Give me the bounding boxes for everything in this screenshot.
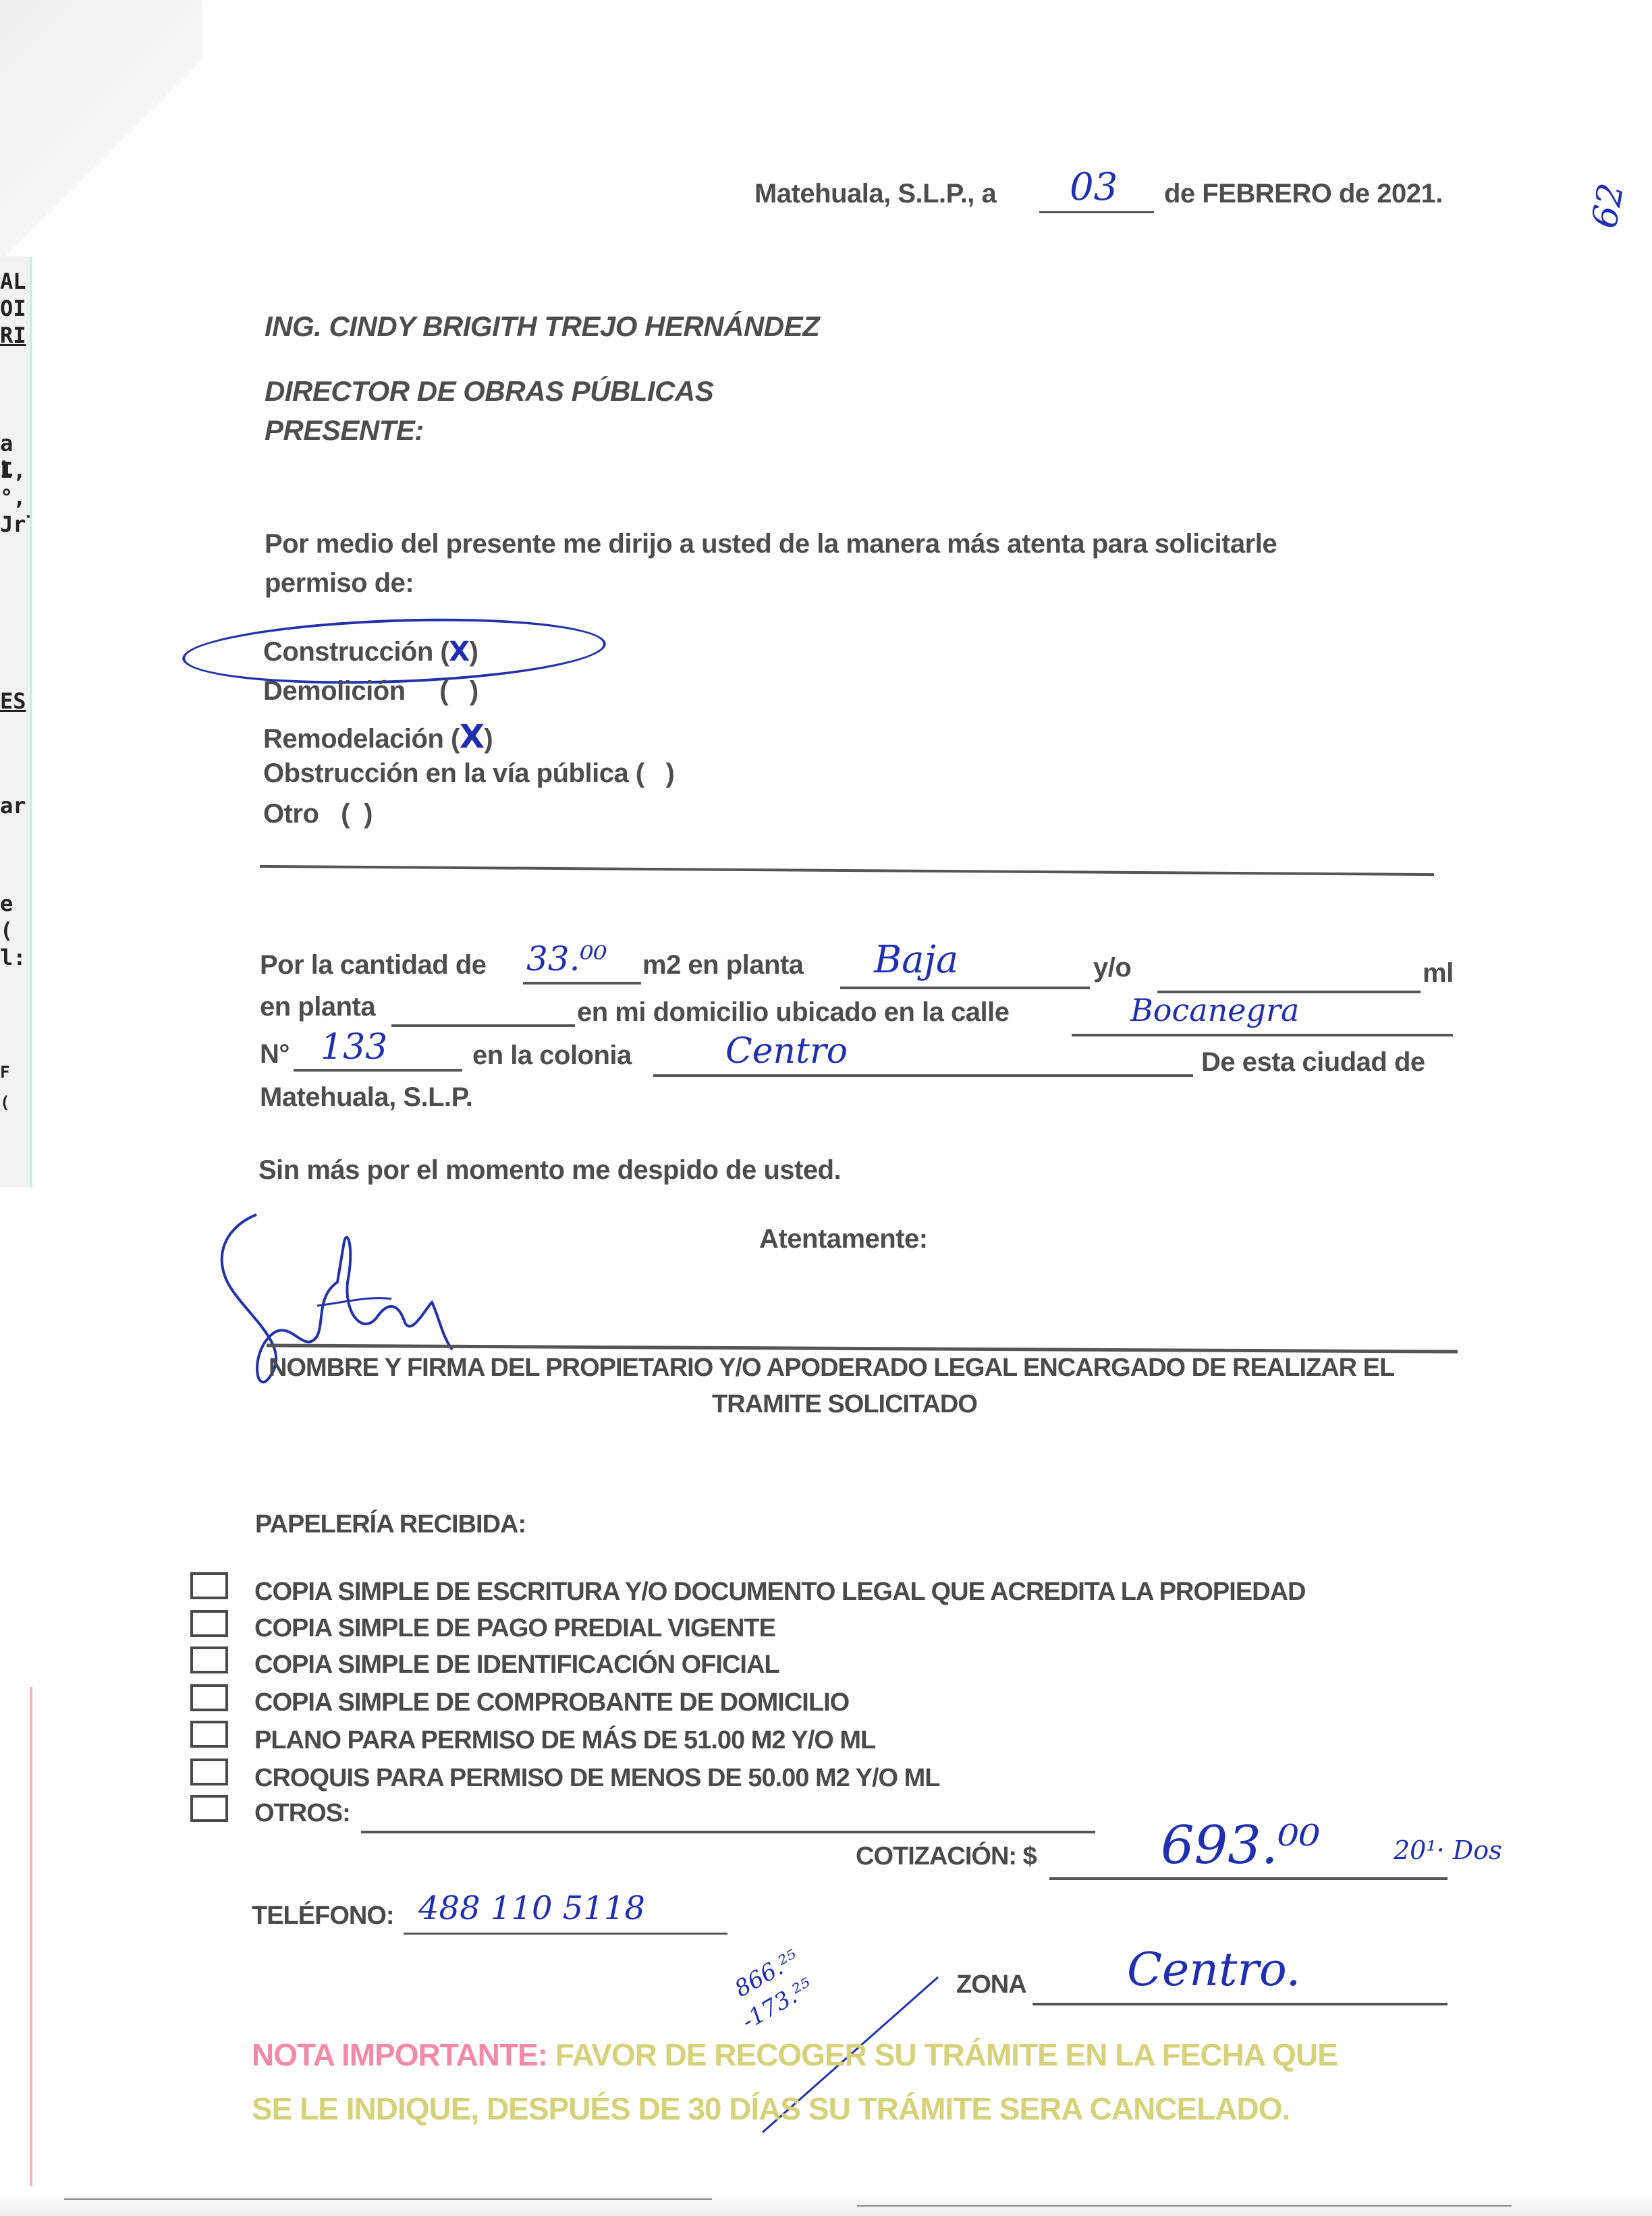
colonia-value: Centro — [725, 1031, 848, 1072]
yo-label: y/o — [1093, 953, 1131, 983]
otros-field-line[interactable] — [361, 1831, 1095, 1833]
notice-label: NOTA IMPORTANTE: — [252, 2037, 547, 2072]
document-item: OTROS: — [254, 1799, 350, 1828]
number-field-line[interactable] — [294, 1069, 462, 1072]
strip-fragment: I, — [0, 458, 26, 483]
intro-line-1: Por medio del presente me dirijo a usted… — [265, 529, 1277, 559]
en-planta-field-line[interactable] — [391, 1024, 575, 1027]
permit-option-obstruccion[interactable]: Obstrucción en la vía pública ( ) — [263, 758, 674, 789]
scan-edge-line — [64, 2198, 712, 2200]
intro-line-2: permiso de: — [265, 568, 414, 599]
strip-fragment: AL — [0, 269, 26, 294]
document-item: COPIA SIMPLE DE COMPROBANTE DE DOMICILIO — [254, 1688, 849, 1717]
otro-specify-line[interactable] — [260, 865, 1434, 876]
phone-label: TELÉFONO: — [252, 1902, 394, 1931]
document-checkbox[interactable] — [190, 1572, 228, 1599]
number-value: 133 — [321, 1027, 387, 1068]
recipient-greeting: PRESENTE: — [265, 414, 424, 447]
document-checkbox[interactable] — [190, 1758, 228, 1785]
document-item: CROQUIS PARA PERMISO DE MENOS DE 50.00 M… — [254, 1764, 940, 1793]
permit-option-construccion[interactable]: Construcción (X) — [263, 636, 478, 667]
notice-text-line-1: FAVOR DE RECOGER SU TRÁMITE EN LA FECHA … — [555, 2037, 1338, 2072]
zone-label: ZONA — [956, 1970, 1026, 1999]
colonia-label: en la colonia — [472, 1041, 632, 1071]
strip-fragment: ES — [0, 688, 26, 714]
qty-value: 33.⁰⁰ — [526, 939, 607, 978]
document-checkbox[interactable] — [190, 1684, 228, 1711]
document-checkbox[interactable] — [190, 1795, 228, 1822]
planta-value: Baja — [874, 938, 958, 982]
street-label: en mi domicilio ubicado en la calle — [577, 997, 1009, 1028]
strip-fragment: °, — [0, 484, 26, 510]
number-label: N° — [260, 1039, 290, 1070]
planta-field-line[interactable] — [840, 987, 1090, 989]
quote-label: COTIZACIÓN: $ — [856, 1842, 1037, 1871]
date-prefix: Matehuala, S.L.P., a — [754, 179, 996, 209]
strip-fragment: Jrl — [0, 511, 32, 537]
farewell-text: Sin más por el momento me despido de ust… — [258, 1155, 841, 1186]
en-planta-label: en planta — [260, 992, 375, 1022]
document-item: COPIA SIMPLE DE IDENTIFICACIÓN OFICIAL — [254, 1651, 779, 1680]
strip-fragment: OI — [0, 296, 26, 321]
check-mark-icon: X — [460, 718, 485, 756]
permit-label: Construcción — [263, 637, 433, 667]
permit-label: Otro — [263, 799, 319, 829]
city-suffix: De esta ciudad de — [1201, 1047, 1425, 1078]
notice: NOTA IMPORTANTE: FAVOR DE RECOGER SU TRÁ… — [252, 2037, 1338, 2073]
strip-fragment: ( — [0, 918, 13, 943]
recipient-title: DIRECTOR DE OBRAS PÚBLICAS — [265, 375, 713, 408]
signature-caption-line-1: NOMBRE Y FIRMA DEL PROPIETARIO Y/O APODE… — [269, 1354, 1394, 1383]
colonia-field-line[interactable] — [653, 1074, 1193, 1077]
document-checkbox[interactable] — [190, 1610, 228, 1637]
permit-label: Demolición — [263, 676, 406, 706]
recipient-name: ING. CINDY BRIGITH TREJO HERNÁNDEZ — [265, 310, 819, 343]
strip-fragment: F — [0, 1063, 9, 1082]
date-suffix: de FEBRERO de 2021. — [1164, 179, 1443, 209]
page-bottom-edge — [0, 2193, 1652, 2216]
street-value: Bocanegra — [1130, 992, 1299, 1028]
strip-fragment: ar — [0, 793, 26, 819]
page-fold-shadow — [0, 0, 202, 270]
qty-prefix: Por la cantidad de — [260, 950, 487, 980]
corner-mark: 62 — [1585, 180, 1632, 231]
phone-field-line[interactable] — [404, 1933, 727, 1935]
strip-fragment: e — [0, 891, 13, 916]
permit-label: Remodelación — [263, 724, 443, 754]
city-name: Matehuala, S.L.P. — [260, 1082, 472, 1113]
document-item: COPIA SIMPLE DE PAGO PREDIAL VIGENTE — [254, 1614, 775, 1643]
day-underline — [1039, 211, 1154, 213]
underlying-page-strip: AL OI RI a L I, °, Jrl ES ar e ( l: F ( — [0, 256, 32, 1188]
strip-fragment: l: — [0, 945, 26, 970]
notice-text-line-2: SE LE INDIQUE, DESPUÉS DE 30 DÍAS SU TRÁ… — [252, 2090, 1290, 2127]
zone-value: Centro. — [1127, 1943, 1300, 1997]
permit-option-otro[interactable]: Otro ( ) — [263, 799, 373, 829]
qty-unit-label: m2 en planta — [642, 950, 804, 980]
regards-text: Atentamente: — [759, 1224, 928, 1254]
zone-field-line[interactable] — [1032, 2003, 1448, 2005]
permit-label: Obstrucción en la vía pública — [263, 758, 628, 788]
phone-value: 488 110 5118 — [418, 1889, 645, 1927]
page-edge — [30, 1687, 32, 2186]
signature-caption-line-2: TRAMITE SOLICITADO — [712, 1390, 977, 1419]
permit-option-remodelacion[interactable]: Remodelación (X) — [263, 718, 493, 756]
document-checkbox[interactable] — [190, 1646, 228, 1673]
document-item: COPIA SIMPLE DE ESCRITURA Y/O DOCUMENTO … — [254, 1578, 1306, 1607]
quote-value: 693.⁰⁰ — [1161, 1815, 1320, 1876]
strip-fragment: ( — [0, 1093, 9, 1112]
document-item: PLANO PARA PERMISO DE MÁS DE 51.00 M2 Y/… — [254, 1726, 875, 1755]
document-checkbox[interactable] — [190, 1721, 228, 1748]
quote-note: 20¹· Dos — [1394, 1835, 1502, 1865]
permit-option-demolicion[interactable]: Demolición ( ) — [263, 676, 478, 707]
street-field-line[interactable] — [1072, 1034, 1453, 1036]
qty-field-line[interactable] — [523, 982, 641, 985]
documents-title: PAPELERÍA RECIBIDA: — [255, 1510, 526, 1539]
day-handwritten: 03 — [1070, 165, 1118, 209]
quote-field-line[interactable] — [1049, 1877, 1448, 1880]
check-mark-icon: X — [449, 636, 469, 667]
scan-edge-line — [857, 2205, 1512, 2207]
strip-fragment: RI — [0, 323, 26, 348]
ml-label: ml — [1423, 958, 1454, 989]
